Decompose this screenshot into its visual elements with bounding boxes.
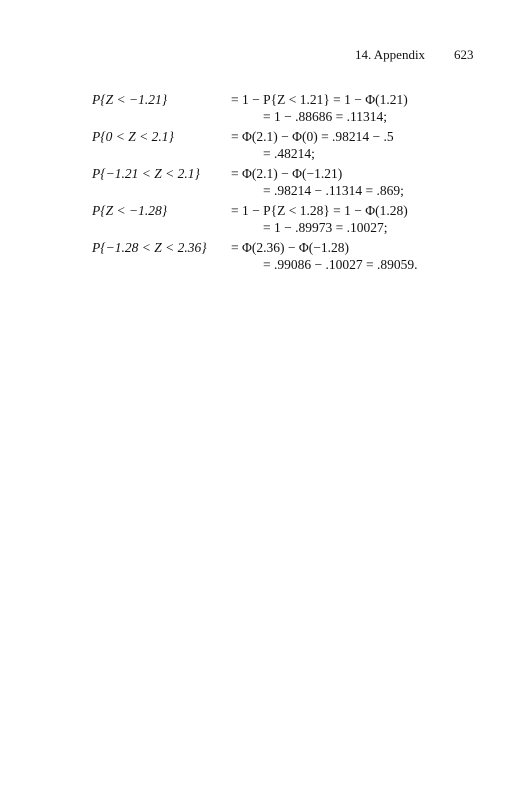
- chapter-title: 14. Appendix: [355, 47, 425, 63]
- equation-2-rhs: = Φ(2.1) − Φ(0) = .98214 − .5: [231, 129, 394, 145]
- equation-2-lhs: P{0 < Z < 2.1}: [92, 129, 174, 145]
- equation-3-lhs: P{−1.21 < Z < 2.1}: [92, 166, 200, 182]
- equation-4-rhs: = 1 − P{Z < 1.28} = 1 − Φ(1.28): [231, 203, 408, 219]
- equation-2-continuation: = .48214;: [263, 146, 315, 162]
- equation-1-continuation: = 1 − .88686 = .11314;: [263, 109, 387, 125]
- equation-4-continuation: = 1 − .89973 = .10027;: [263, 220, 387, 236]
- running-header: 14. Appendix 623: [0, 47, 519, 65]
- equation-1-lhs: P{Z < −1.21}: [92, 92, 167, 108]
- equation-3-continuation: = .98214 − .11314 = .869;: [263, 183, 404, 199]
- page-number: 623: [454, 47, 474, 63]
- equation-5-rhs: = Φ(2.36) − Φ(−1.28): [231, 240, 349, 256]
- equation-3-rhs: = Φ(2.1) − Φ(−1.21): [231, 166, 342, 182]
- equation-4-lhs: P{Z < −1.28}: [92, 203, 167, 219]
- equation-5-continuation: = .99086 − .10027 = .89059.: [263, 257, 417, 273]
- equation-1-rhs: = 1 − P{Z < 1.21} = 1 − Φ(1.21): [231, 92, 408, 108]
- equation-5-lhs: P{−1.28 < Z < 2.36}: [92, 240, 207, 256]
